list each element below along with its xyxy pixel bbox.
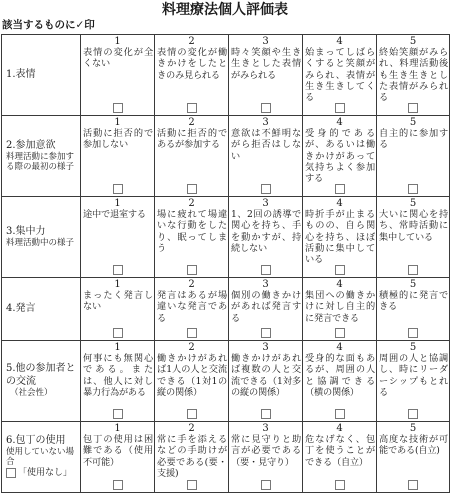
table-row: 5.他の参加者との交流 （社会性） 1 何事にも無関心である。または、他人に対し…: [2, 340, 450, 421]
score-number: 1: [81, 35, 154, 48]
rating-cell: 2 場に疲れて場違いな行動をしたり、眠ってしまう: [155, 196, 229, 277]
rating-checkbox[interactable]: [113, 184, 123, 194]
score-number: 5: [377, 197, 449, 210]
rating-checkbox[interactable]: [408, 480, 418, 490]
rating-description: 何事にも無関心である。または、他人に対し暴力行為がある: [81, 353, 154, 409]
row-label-knife: 6.包丁の使用 使用していない場合 「使用なし」: [2, 421, 81, 492]
rating-cell: 5 終始笑顔がみられ、料理活動後も生き生きとした表情がみられる: [377, 34, 450, 115]
rating-description: 始まってしばらくすると笑顔がみられ、表情が生き生きしてくる: [303, 47, 376, 103]
rating-checkbox[interactable]: [408, 409, 418, 419]
rating-description: 集団への働きかけに対し自主的に発言できる: [303, 290, 376, 328]
score-number: 1: [81, 341, 154, 354]
rating-cell: 3 個別の働きかけがあれば発言する: [229, 277, 303, 340]
rating-description: 受身的な面もあるが、周囲の人と協調できる（横の関係）: [303, 353, 376, 409]
rating-checkbox[interactable]: [187, 265, 197, 275]
rating-cell: 5 高度な技術が可能である(自立): [377, 421, 450, 492]
rating-description: 活動に拒否的であるが参加する: [155, 128, 228, 184]
rating-cell: 1 活動に拒否的で参加しない: [81, 115, 155, 196]
row-sublabel-text: 使用していない場合: [6, 447, 78, 467]
score-number: 4: [303, 278, 376, 291]
rating-checkbox[interactable]: [261, 103, 271, 113]
rating-checkbox[interactable]: [113, 103, 123, 113]
score-number: 2: [155, 116, 228, 129]
rating-description: 時折手が止まるものの、自ら関心を持ち、ほぼ活動に集中している: [303, 209, 376, 265]
rating-checkbox[interactable]: [408, 184, 418, 194]
rating-checkbox[interactable]: [187, 103, 197, 113]
rating-checkbox[interactable]: [113, 265, 123, 275]
rating-checkbox[interactable]: [187, 409, 197, 419]
rating-description: 場に疲れて場違いな行動をしたり、眠ってしまう: [155, 209, 228, 265]
score-number: 2: [155, 278, 228, 291]
rating-checkbox[interactable]: [113, 328, 123, 338]
row-label-text: 2.参加意欲: [6, 140, 78, 153]
score-number: 1: [81, 278, 154, 291]
rating-cell: 4 始まってしばらくすると笑顔がみられ、表情が生き生きしてくる: [303, 34, 377, 115]
score-number: 4: [303, 35, 376, 48]
rating-checkbox[interactable]: [261, 409, 271, 419]
rating-description: 表情の変化が働きかけをしたときのみ見られる: [155, 47, 228, 103]
rating-description: まったく発言しない: [81, 290, 154, 328]
rating-cell: 3 働きかけがあれば複数の人と交流できる（1対多の縦の関係）: [229, 340, 303, 421]
rating-cell: 2 表情の変化が働きかけをしたときのみ見られる: [155, 34, 229, 115]
rating-checkbox[interactable]: [187, 184, 197, 194]
rating-checkbox[interactable]: [113, 409, 123, 419]
row-label-expression: 1.表情: [2, 34, 81, 115]
score-number: 1: [81, 116, 154, 129]
rating-description: 途中で退室する: [81, 209, 154, 265]
row-label-social: 5.他の参加者との交流 （社会性）: [2, 340, 81, 421]
rating-description: 大いに関心を持ち、常時活動に集中している: [377, 209, 449, 265]
table-row: 4.発言 1 まったく発言しない 2 発言はあるが場違いな発言である 3 個別の…: [2, 277, 450, 340]
rating-cell: 1 何事にも無関心である。または、他人に対し暴力行為がある: [81, 340, 155, 421]
rating-checkbox[interactable]: [261, 480, 271, 490]
score-number: 1: [81, 197, 154, 210]
no-use-checkbox[interactable]: [6, 468, 16, 478]
row-sublabel-text: 料理活動中の様子: [6, 238, 78, 248]
rating-checkbox[interactable]: [335, 480, 345, 490]
table-row: 6.包丁の使用 使用していない場合 「使用なし」 1 包丁の使用は困難である（使…: [2, 421, 450, 492]
score-number: 3: [229, 278, 302, 291]
rating-description: 表情の変化が全くない: [81, 47, 154, 103]
evaluation-table: 1.表情 1 表情の変化が全くない 2 表情の変化が働きかけをしたときのみ見られ…: [1, 34, 450, 493]
rating-cell: 5 積極的に発言できる: [377, 277, 450, 340]
rating-cell: 1 包丁の使用は困難である（使用不可能）: [81, 421, 155, 492]
rating-checkbox[interactable]: [261, 328, 271, 338]
rating-cell: 5 周囲の人と協調し、時にリーダーシップもとれる: [377, 340, 450, 421]
rating-description: 危なげなく、包丁を使うことができる（自立）: [303, 434, 376, 480]
no-use-label: 「使用なし」: [18, 468, 72, 480]
rating-checkbox[interactable]: [187, 328, 197, 338]
score-number: 4: [303, 197, 376, 210]
rating-description: 時々笑顔や生き生きとした表情がみられる: [229, 47, 302, 103]
score-number: 3: [229, 35, 302, 48]
score-number: 5: [377, 341, 449, 354]
rating-description: 受身的であるが、あるいは働きかけがあって気持ちよく参加する: [303, 128, 376, 184]
row-label-concentration: 3.集中力 料理活動中の様子: [2, 196, 81, 277]
instruction-text: 該当するものに✓印: [0, 17, 450, 34]
rating-checkbox[interactable]: [408, 328, 418, 338]
rating-cell: 2 活動に拒否的であるが参加する: [155, 115, 229, 196]
rating-cell: 3 時々笑顔や生き生きとした表情がみられる: [229, 34, 303, 115]
score-number: 2: [155, 35, 228, 48]
rating-description: 個別の働きかけがあれば発言する: [229, 290, 302, 328]
row-sublabel-text: （社会性）: [6, 388, 78, 398]
rating-checkbox[interactable]: [408, 265, 418, 275]
rating-cell: 3 意欲は不鮮明ながら拒否はしない: [229, 115, 303, 196]
rating-checkbox[interactable]: [408, 103, 418, 113]
row-label-text: 5.他の参加者との交流: [6, 363, 78, 388]
row-label-text: 4.発言: [6, 303, 78, 316]
rating-checkbox[interactable]: [335, 103, 345, 113]
rating-description: 積極的に発言できる: [377, 290, 449, 328]
rating-description: 意欲は不鮮明ながら拒否はしない: [229, 128, 302, 184]
row-label-text: 1.表情: [6, 69, 78, 82]
rating-description: 常に見守りと助言が必要である（要・見守り）: [229, 434, 302, 480]
score-number: 3: [229, 341, 302, 354]
rating-cell: 4 集団への働きかけに対し自主的に発言できる: [303, 277, 377, 340]
rating-cell: 4 危なげなく、包丁を使うことができる（自立）: [303, 421, 377, 492]
table-row: 3.集中力 料理活動中の様子 1 途中で退室する 2 場に疲れて場違いな行動をし…: [2, 196, 450, 277]
rating-description: 活動に拒否的で参加しない: [81, 128, 154, 184]
rating-cell: 4 受身的であるが、あるいは働きかけがあって気持ちよく参加する: [303, 115, 377, 196]
rating-checkbox[interactable]: [335, 265, 345, 275]
page-title: 料理療法個人評価表: [0, 0, 450, 17]
rating-cell: 1 途中で退室する: [81, 196, 155, 277]
rating-cell: 1 表情の変化が全くない: [81, 34, 155, 115]
rating-description: 1、2回の誘導で関心を持ち、手を動かすが、持続しない: [229, 209, 302, 265]
rating-checkbox[interactable]: [335, 409, 345, 419]
rating-description: 常に手を添えるなどの手助けが必要である(要・支援): [155, 434, 228, 480]
rating-checkbox[interactable]: [261, 265, 271, 275]
rating-cell: 5 自主的に参加する: [377, 115, 450, 196]
table-row: 1.表情 1 表情の変化が全くない 2 表情の変化が働きかけをしたときのみ見られ…: [2, 34, 450, 115]
rating-description: 働きかけがあれば複数の人と交流できる（1対多の縦の関係）: [229, 353, 302, 409]
rating-cell: 3 常に見守りと助言が必要である（要・見守り）: [229, 421, 303, 492]
rating-cell: 2 働きかけがあれば1人の人と交流できる（1対1の縦の関係）: [155, 340, 229, 421]
rating-cell: 1 まったく発言しない: [81, 277, 155, 340]
score-number: 2: [155, 197, 228, 210]
rating-description: 周囲の人と協調し、時にリーダーシップもとれる: [377, 353, 449, 409]
score-number: 4: [303, 341, 376, 354]
score-number: 5: [377, 278, 449, 291]
row-label-text: 6.包丁の使用: [6, 435, 78, 448]
score-number: 4: [303, 116, 376, 129]
rating-description: 終始笑顔がみられ、料理活動後も生き生きとした表情がみられる: [377, 47, 449, 103]
rating-cell: 5 大いに関心を持ち、常時活動に集中している: [377, 196, 450, 277]
rating-cell: 3 1、2回の誘導で関心を持ち、手を動かすが、持続しない: [229, 196, 303, 277]
rating-cell: 4 時折手が止まるものの、自ら関心を持ち、ほぼ活動に集中している: [303, 196, 377, 277]
row-label-text: 3.集中力: [6, 226, 78, 239]
score-number: 5: [377, 35, 449, 48]
rating-checkbox[interactable]: [335, 328, 345, 338]
rating-checkbox[interactable]: [113, 480, 123, 490]
score-number: 2: [155, 422, 228, 435]
rating-checkbox[interactable]: [335, 184, 345, 194]
rating-cell: 2 発言はあるが場違いな発言である: [155, 277, 229, 340]
score-number: 5: [377, 116, 449, 129]
score-number: 2: [155, 341, 228, 354]
rating-checkbox[interactable]: [187, 480, 197, 490]
score-number: 1: [81, 422, 154, 435]
rating-description: 働きかけがあれば1人の人と交流できる（1対1の縦の関係）: [155, 353, 228, 409]
score-number: 5: [377, 422, 449, 435]
rating-cell: 2 常に手を添えるなどの手助けが必要である(要・支援): [155, 421, 229, 492]
rating-checkbox[interactable]: [261, 184, 271, 194]
score-number: 3: [229, 422, 302, 435]
rating-description: 高度な技術が可能である(自立): [377, 434, 449, 480]
row-label-speech: 4.発言: [2, 277, 81, 340]
rating-description: 発言はあるが場違いな発言である: [155, 290, 228, 328]
score-number: 3: [229, 197, 302, 210]
rating-description: 包丁の使用は困難である（使用不可能）: [81, 434, 154, 480]
score-number: 3: [229, 116, 302, 129]
table-row: 2.参加意欲 料理活動に参加する際の最初の様子 1 活動に拒否的で参加しない 2…: [2, 115, 450, 196]
row-label-motivation: 2.参加意欲 料理活動に参加する際の最初の様子: [2, 115, 81, 196]
score-number: 4: [303, 422, 376, 435]
rating-description: 自主的に参加する: [377, 128, 449, 184]
rating-cell: 4 受身的な面もあるが、周囲の人と協調できる（横の関係）: [303, 340, 377, 421]
row-sublabel-text: 料理活動に参加する際の最初の様子: [6, 152, 78, 172]
